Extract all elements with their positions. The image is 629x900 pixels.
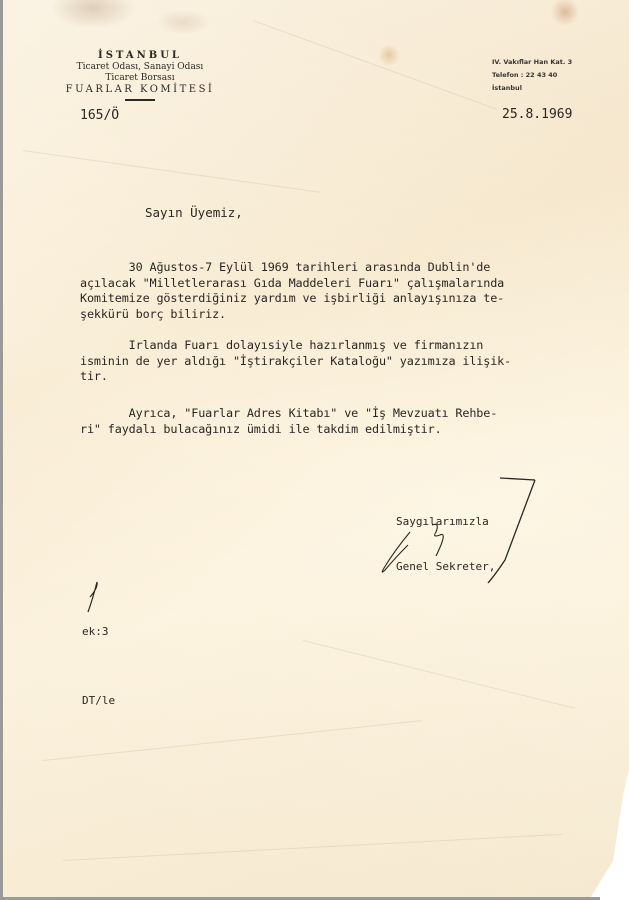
typist-initials: DT/le [82,689,115,712]
letterhead-chambers: Ticaret Odası, Sanayi Odası [50,62,230,73]
paper-crease [303,640,575,709]
letterhead-address-city: İstanbul [492,82,572,95]
body-paragraph-1: 30 Ağustos-7 Eylül 1969 tarihleri arasın… [80,260,504,322]
letterhead-underline [125,99,155,101]
paper-crease [253,20,498,110]
reference-number: 165/Ö [80,108,119,123]
paper-crease [63,834,562,861]
letterhead-address: IV. Vakıflar Han Kat. 3 [492,56,572,69]
letterhead-left: İSTANBUL Ticaret Odası, Sanayi Odası Tic… [50,50,230,101]
letterhead-committee: FUARLAR KOMİTESİ [50,84,230,96]
closing-block: Saygılarımızla Genel Sekreter, [396,484,495,589]
enclosure-block: ek:3 DT/le [82,574,115,735]
paper-crease [23,150,320,193]
enclosure-count: ek:3 [82,620,115,643]
letterhead-city: İSTANBUL [50,50,230,62]
letter-date: 25.8.1969 [502,107,572,122]
salutation: Sayın Üyemiz, [145,205,243,220]
letterhead-phone: Telefon : 22 43 40 [492,69,572,82]
letterhead-exchange: Ticaret Borsası [50,73,230,84]
body-paragraph-2: Irlanda Fuarı dolayısiyle hazırlanmış ve… [80,338,511,385]
letterhead-right: IV. Vakıflar Han Kat. 3 Telefon : 22 43 … [492,56,572,95]
body-paragraph-3: Ayrıca, "Fuarlar Adres Kitabı" ve "İş Me… [80,406,497,437]
closing-title: Genel Sekreter, [396,559,495,574]
closing-regards: Saygılarımızla [396,514,495,529]
letter-paper [0,0,629,900]
